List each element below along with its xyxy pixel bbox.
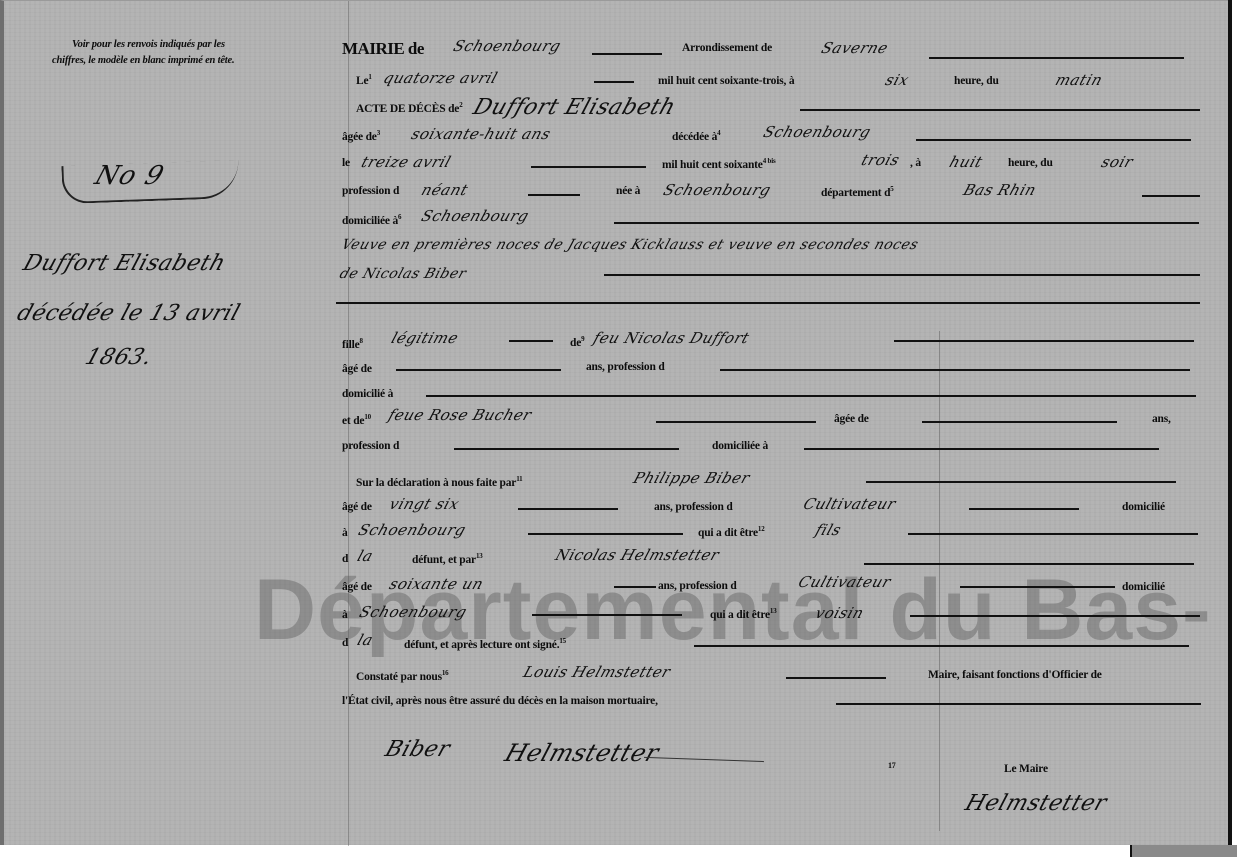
witness2-a-label: à	[342, 609, 348, 621]
form-line	[396, 369, 561, 371]
profession-value: néant	[419, 181, 471, 199]
witness2-domicile: Schoenbourg	[357, 603, 469, 621]
defunt2-article: la	[355, 631, 376, 649]
birth-place: Schoenbourg	[661, 181, 773, 199]
form-line	[908, 533, 1198, 535]
witness1-age-label: âgé de	[342, 501, 372, 513]
nee-label: née à	[616, 185, 640, 197]
form-line	[910, 615, 1200, 617]
witness1-age: vingt six	[387, 495, 462, 513]
defunt1-label: défunt, et par13	[412, 552, 483, 566]
le-label: Le1	[356, 73, 372, 87]
footnote-17: 17	[888, 761, 896, 770]
form-line	[594, 81, 634, 83]
mayor-signature: Helmstetter	[962, 791, 1110, 816]
scan-edge-block	[1130, 845, 1237, 857]
defunt1-label-pre: d	[342, 553, 348, 565]
a-label: , à	[910, 157, 921, 169]
le-maire-label: Le Maire	[1004, 763, 1048, 775]
form-line	[694, 645, 1189, 647]
defunt1-article: la	[355, 547, 376, 565]
period-value: matin	[1053, 71, 1105, 89]
mother-ans-label: ans,	[1152, 413, 1171, 425]
form-line	[836, 703, 1201, 705]
form-line	[786, 677, 886, 679]
defunt2-label-pre: d	[342, 637, 348, 649]
form-line	[922, 421, 1117, 423]
form-line	[866, 481, 1176, 483]
margin-deceased-note: décédée le 13 avril	[14, 301, 243, 326]
form-line	[1142, 195, 1200, 197]
witness1-profession: Cultivateur	[801, 495, 898, 513]
mother-profession-label: profession d	[342, 440, 399, 452]
form-line	[800, 109, 1200, 111]
hour-value: six	[883, 71, 911, 89]
witness2-age: soixante un	[387, 575, 486, 593]
margin-instruction-line2: chiffres, le modèle en blanc imprimé en …	[52, 55, 234, 66]
acte-label: ACTE DE DÉCÈS de2	[356, 101, 463, 115]
death-period: soir	[1099, 153, 1136, 171]
form-line	[509, 340, 553, 342]
form-line	[426, 395, 1196, 397]
witness1-domicile: Schoenbourg	[356, 521, 468, 539]
arrondissement-label: Arrondissement de	[682, 42, 772, 54]
margin-name: Duffort Elisabeth	[20, 251, 229, 276]
heure-label: heure, du	[954, 75, 999, 87]
etat-civil-label: l'État civil, après nous être assuré du …	[342, 695, 658, 707]
death-place: Schoenbourg	[761, 123, 873, 141]
profession-label: profession d	[342, 185, 399, 197]
official-name: Louis Helmstetter	[521, 663, 673, 681]
death-hour: huit	[947, 153, 985, 171]
witness2-domicile-label: domicilié	[1122, 581, 1165, 593]
father-label: de9	[570, 335, 584, 349]
form-line	[614, 586, 656, 588]
domicile-value: Schoenbourg	[419, 207, 531, 225]
witness2-relation: voisin	[813, 604, 866, 622]
witness2-name: Nicolas Helmstetter	[553, 546, 722, 564]
form-line	[614, 222, 1199, 224]
year2-label: mil huit cent soixante4 bis	[662, 157, 776, 171]
margin-instruction-line1: Voir pour les renvois indiqués par les	[72, 39, 225, 50]
form-line	[592, 53, 662, 55]
mother-value: feue Rose Bucher	[386, 406, 534, 424]
mairie-value: Schoenbourg	[451, 37, 563, 55]
form-line	[894, 340, 1194, 342]
marital-line2: de Nicolas Biber	[337, 266, 468, 282]
departement-value: Bas Rhin	[961, 181, 1039, 199]
form-line	[720, 369, 1190, 371]
form-line	[960, 586, 1115, 588]
page-fold	[939, 331, 940, 831]
signature-biber: Biber	[382, 737, 453, 762]
date-value: quatorze avril	[381, 69, 500, 87]
arrondissement-value: Saverne	[819, 39, 891, 57]
form-line	[969, 508, 1079, 510]
domicile-label: domiciliée à6	[342, 213, 401, 227]
form-line	[336, 302, 1200, 304]
age-value: soixante-huit ans	[409, 125, 553, 143]
civil-record-page: Départemental du Bas- Voir pour les renv…	[0, 0, 1232, 845]
fille-label: fille8	[342, 337, 363, 351]
father-domicile-label: domicilié à	[342, 388, 393, 400]
record-number-underline	[61, 160, 239, 204]
year2-value: trois	[859, 151, 902, 169]
witness1-relation-label: qui a dit être12	[698, 525, 765, 539]
form-line	[531, 166, 646, 168]
witness2-relation-label: qui a dit être13	[710, 607, 777, 621]
mother-label: et de10	[342, 413, 371, 427]
witness2-ans-label: ans, profession d	[658, 580, 737, 592]
form-line	[454, 448, 679, 450]
mairie-label: MAIRIE de	[342, 39, 424, 59]
form-line	[864, 563, 1194, 565]
form-line	[916, 139, 1191, 141]
form-line	[929, 57, 1184, 59]
deceased-name: Duffort Elisabeth	[470, 95, 679, 120]
declaration-label: Sur la déclaration à nous faite par11	[356, 475, 522, 489]
death-date: treize avril	[359, 153, 453, 171]
form-line	[656, 421, 816, 423]
constate-label: Constaté par nous16	[356, 669, 448, 683]
form-line	[532, 614, 682, 616]
maire-label: Maire, faisant fonctions d'Officier de	[928, 669, 1102, 681]
form-line	[604, 274, 1200, 276]
witness1-domicile-label: domicilié	[1122, 501, 1165, 513]
form-line	[804, 448, 1159, 450]
mother-age-label: âgée de	[834, 413, 869, 425]
defunt2-label: défunt, et après lecture ont signé.15	[404, 637, 566, 651]
form-line	[528, 533, 683, 535]
father-age-label: âgé de	[342, 363, 372, 375]
father-ans-label: ans, profession d	[586, 361, 665, 373]
signature-flourish	[644, 757, 764, 762]
decede-label: décédée à4	[672, 129, 720, 143]
page-edge	[1228, 0, 1232, 845]
witness1-a-label: à	[342, 527, 348, 539]
fille-value: légitime	[389, 329, 461, 347]
form-line	[518, 508, 618, 510]
witness1-relation: fils	[813, 521, 844, 539]
le2-label: le	[342, 157, 350, 169]
margin-year: 1863.	[82, 345, 156, 370]
age-label: âgée de3	[342, 129, 380, 143]
father-value: feu Nicolas Duffort	[591, 329, 752, 347]
witness2-age-label: âgé de	[342, 581, 372, 593]
year-label: mil huit cent soixante-trois, à	[658, 75, 794, 87]
witness1-name: Philippe Biber	[631, 469, 752, 487]
witness2-profession: Cultivateur	[796, 573, 893, 591]
heure2-label: heure, du	[1008, 157, 1053, 169]
mother-domicile-label: domiciliée à	[712, 440, 768, 452]
signature-helmstetter: Helmstetter	[501, 739, 662, 767]
form-line	[528, 194, 580, 196]
witness1-ans-label: ans, profession d	[654, 501, 733, 513]
departement-label: département d5	[821, 185, 894, 199]
marital-line1: Veuve en premières noces de Jacques Kick…	[339, 237, 920, 253]
